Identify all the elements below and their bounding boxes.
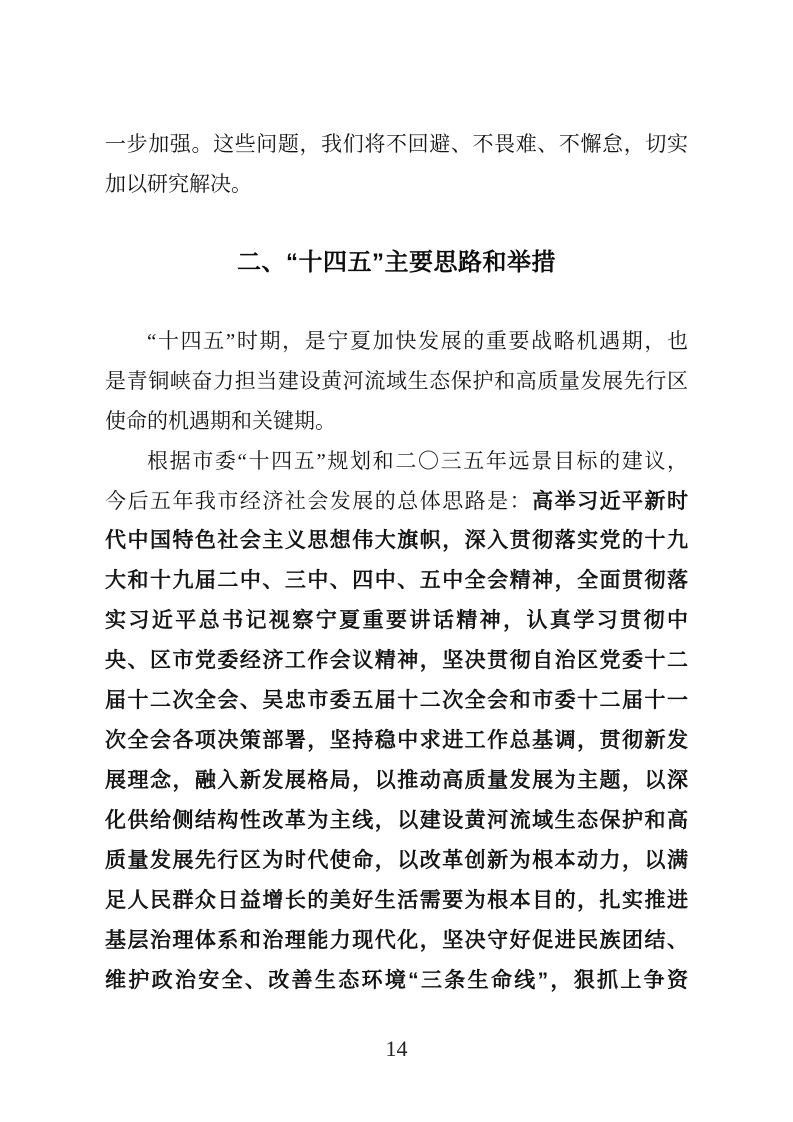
- text-line: 维护政治安全、改善生态环境“三条生命线”，狠抓上争资: [105, 961, 688, 1001]
- text-line: 基层治理体系和治理能力现代化，坚决守好促进民族团结、: [105, 921, 688, 961]
- page-number: 14: [0, 1036, 793, 1062]
- text-line: 展理念，融入新发展格局，以推动高质量发展为主题，以深: [105, 761, 688, 801]
- body-text: 一步加强。这些问题，我们将不回避、不畏难、不懈怠，切实 加以研究解决。 二、“十…: [105, 124, 688, 1001]
- text-line: 次全会各项决策部署，坚持稳中求进工作总基调，贯彻新发: [105, 721, 688, 761]
- document-page: 一步加强。这些问题，我们将不回避、不畏难、不懈怠，切实 加以研究解决。 二、“十…: [0, 0, 793, 1122]
- text-line: 代中国特色社会主义思想伟大旗帜，深入贯彻落实党的十九: [105, 521, 688, 561]
- text-line: 足人民群众日益增长的美好生活需要为根本目的，扎实推进: [105, 881, 688, 921]
- regular-text: 今后五年我市经济社会发展的总体思路是：: [105, 489, 532, 513]
- carryover-paragraph: 一步加强。这些问题，我们将不回避、不畏难、不懈怠，切实 加以研究解决。: [105, 124, 688, 204]
- text-line: 是青铜峡奋力担当建设黄河流域生态保护和高质量发展先行区: [105, 361, 688, 401]
- text-line: 使命的机遇期和关键期。: [105, 401, 688, 441]
- bold-emphasis-text: 高举习近平新时: [532, 490, 688, 513]
- text-line: 实习近平总书记视察宁夏重要讲话精神，认真学习贯彻中: [105, 601, 688, 641]
- text-line: “十四五”时期，是宁夏加快发展的重要战略机遇期，也: [105, 321, 688, 361]
- text-line: 届十二次全会、吴忠市委五届十二次全会和市委十二届十一: [105, 681, 688, 721]
- section-heading: 二、“十四五”主要思路和举措: [105, 243, 688, 283]
- text-line: 一步加强。这些问题，我们将不回避、不畏难、不懈怠，切实: [105, 124, 688, 164]
- text-line: 质量发展先行区为时代使命，以改革创新为根本动力，以满: [105, 841, 688, 881]
- text-line: 大和十九届二中、三中、四中、五中全会精神，全面贯彻落: [105, 561, 688, 601]
- paragraph-period-overview: “十四五”时期，是宁夏加快发展的重要战略机遇期，也 是青铜峡奋力担当建设黄河流域…: [105, 321, 688, 441]
- text-line: 今后五年我市经济社会发展的总体思路是：高举习近平新时: [105, 481, 688, 521]
- paragraph-guiding-thought: 根据市委“十四五”规划和二〇三五年远景目标的建议， 今后五年我市经济社会发展的总…: [105, 441, 688, 1001]
- text-line: 化供给侧结构性改革为主线，以建设黄河流域生态保护和高: [105, 801, 688, 841]
- text-line: 加以研究解决。: [105, 164, 688, 204]
- text-line: 央、区市党委经济工作会议精神，坚决贯彻自治区党委十二: [105, 641, 688, 681]
- text-line: 根据市委“十四五”规划和二〇三五年远景目标的建议，: [105, 441, 688, 481]
